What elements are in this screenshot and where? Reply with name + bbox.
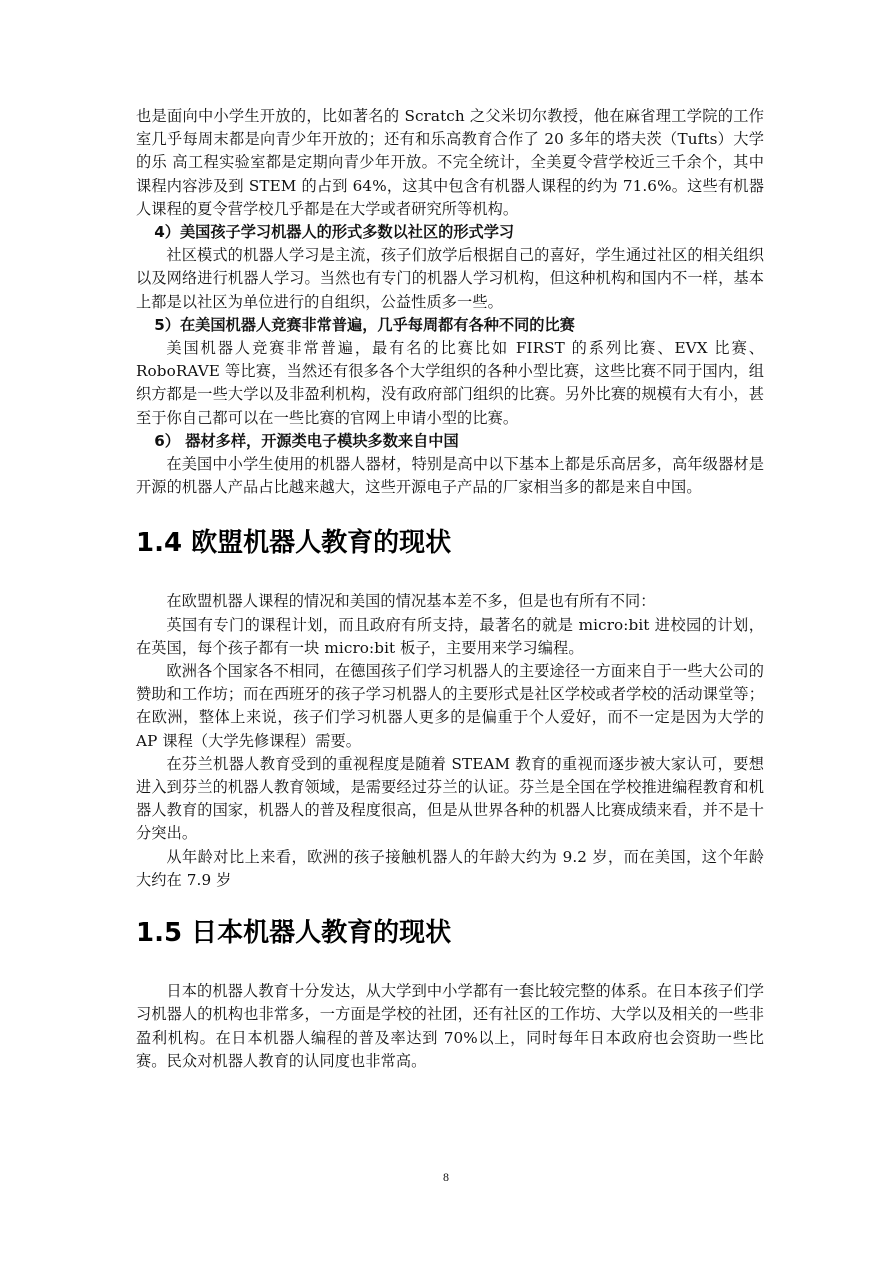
list-item-6-body: 在美国中小学生使用的机器人器材，特别是高中以下基本上都是乐高居多，高年级器材是开… bbox=[136, 453, 764, 499]
list-item-5-body: 美国机器人竞赛非常普遍，最有名的比赛比如 FIRST 的系列比赛、EVX 比赛、… bbox=[136, 337, 764, 430]
list-item-5-title: 5）在美国机器人竞赛非常普遍，几乎每周都有各种不同的比赛 bbox=[136, 314, 764, 337]
section-1-5-paragraph: 日本的机器人教育十分发达，从大学到中小学都有一套比较完整的体系。在日本孩子们学习… bbox=[136, 980, 764, 1073]
list-item-6-title: 6） 器材多样，开源类电子模块多数来自中国 bbox=[136, 430, 764, 453]
page-number: 8 bbox=[0, 1170, 892, 1185]
section-1-4-paragraph: 在欧盟机器人课程的情况和美国的情况基本差不多，但是也有所有不同： bbox=[136, 590, 764, 613]
document-page: 也是面向中小学生开放的，比如著名的 Scratch 之父米切尔教授，他在麻省理工… bbox=[136, 105, 764, 1073]
section-heading-1-5: 1.5 日本机器人教育的现状 bbox=[136, 916, 764, 950]
list-item-4-title: 4）美国孩子学习机器人的形式多数以社区的形式学习 bbox=[136, 221, 764, 244]
section-1-4-paragraph: 从年龄对比上来看，欧洲的孩子接触机器人的年龄大约为 9.2 岁，而在美国，这个年… bbox=[136, 846, 764, 892]
paragraph-summer-camps: 也是面向中小学生开放的，比如著名的 Scratch 之父米切尔教授，他在麻省理工… bbox=[136, 105, 764, 221]
list-item-4-body: 社区模式的机器人学习是主流，孩子们放学后根据自己的喜好，学生通过社区的相关组织以… bbox=[136, 244, 764, 314]
section-heading-1-4: 1.4 欧盟机器人教育的现状 bbox=[136, 526, 764, 560]
section-1-4-paragraph: 欧洲各个国家各不相同，在德国孩子们学习机器人的主要途径一方面来自于一些大公司的赞… bbox=[136, 660, 764, 753]
section-1-4-paragraph: 在芬兰机器人教育受到的重视程度是随着 STEAM 教育的重视而逐步被大家认可，要… bbox=[136, 753, 764, 846]
section-1-4-paragraph: 英国有专门的课程计划，而且政府有所支持，最著名的就是 micro:bit 进校园… bbox=[136, 614, 764, 660]
